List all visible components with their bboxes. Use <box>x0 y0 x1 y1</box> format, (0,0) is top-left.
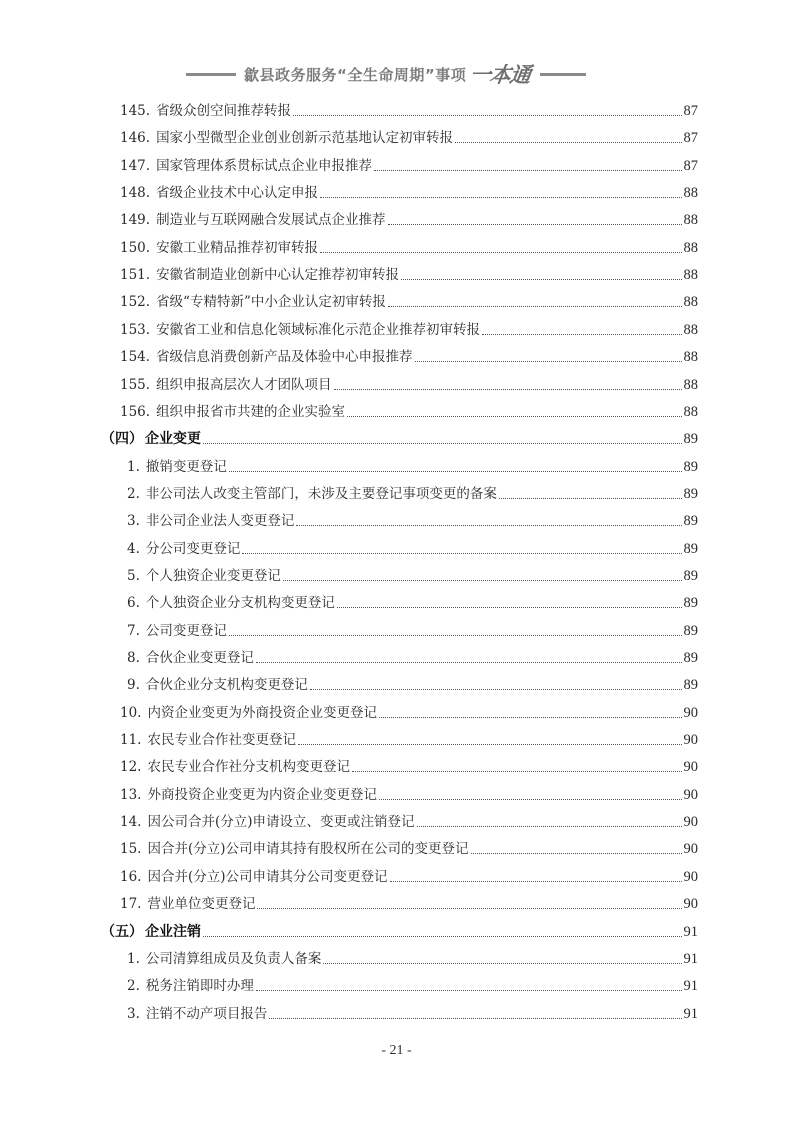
toc-entry[interactable]: 146.国家小型微型企业创业创新示范基地认定初审转报87 <box>120 126 698 150</box>
dot-leader <box>320 251 681 253</box>
toc-entry-number: 15. <box>120 841 141 857</box>
toc-entry-number: 153. <box>120 322 150 338</box>
toc-entry-number: 13. <box>120 787 141 803</box>
toc-page-number: 89 <box>684 646 699 670</box>
toc-page-number: 88 <box>684 318 699 342</box>
toc-entry[interactable]: 1.撤销变更登记89 <box>127 455 698 479</box>
toc-page-number: 88 <box>684 373 699 397</box>
toc-entry-title: 税务注销即时办理 <box>146 978 254 994</box>
toc-entry-label: 10.内资企业变更为外商投资企业变更登记 <box>120 701 377 725</box>
dot-leader <box>347 415 681 417</box>
toc-entry[interactable]: 14.因公司合并(分立)申请设立、变更或注销登记90 <box>120 810 698 834</box>
toc-page-number: 89 <box>684 427 699 451</box>
toc-entry[interactable]: 10.内资企业变更为外商投资企业变更登记90 <box>120 701 698 725</box>
toc-entry[interactable]: 3.注销不动产项目报告91 <box>127 1002 698 1026</box>
toc-entry-title: 外商投资企业变更为内资企业变更登记 <box>147 787 377 803</box>
running-header: 歙县政务服务“全生命周期”事项 一本通 <box>186 62 612 86</box>
toc-entry-title: 农民专业合作社分支机构变更登记 <box>147 759 350 775</box>
toc-entry[interactable]: 15.因合并(分立)公司申请其持有股权所在公司的变更登记90 <box>120 837 698 861</box>
toc-entry-title: 分公司变更登记 <box>146 541 241 557</box>
toc-entry-label: 11.农民专业合作社变更登记 <box>120 728 296 752</box>
toc-entry-number: 6. <box>127 595 140 611</box>
dot-leader <box>471 852 682 854</box>
toc-page-number: 91 <box>684 1002 699 1026</box>
dot-leader <box>337 606 682 608</box>
toc-entry-label: 6.个人独资企业分支机构变更登记 <box>127 591 335 615</box>
toc-page-number: 90 <box>684 728 699 752</box>
page-number: - 21 - <box>0 1043 793 1059</box>
toc-entry-number: 9. <box>127 677 140 693</box>
toc-entry-label: 14.因公司合并(分立)申请设立、变更或注销登记 <box>120 810 415 834</box>
toc-page-number: 91 <box>684 947 699 971</box>
toc-entry-title: 营业单位变更登记 <box>147 896 255 912</box>
dot-leader <box>320 196 681 198</box>
toc-entry-title: 国家小型微型企业创业创新示范基地认定初审转报 <box>156 130 453 146</box>
dot-leader <box>390 880 682 882</box>
dot-leader <box>374 169 681 171</box>
header-rule-right <box>540 73 586 76</box>
toc-entry-label: 2.税务注销即时办理 <box>127 974 254 998</box>
toc-entry[interactable]: 148.省级企业技术中心认定申报88 <box>120 181 698 205</box>
dot-leader <box>310 688 682 690</box>
dot-leader <box>415 360 682 362</box>
dot-leader <box>323 962 681 964</box>
toc-page-number: 88 <box>684 263 699 287</box>
toc-entry-label: 154.省级信息消费创新产品及体验中心申报推荐 <box>120 345 413 369</box>
dot-leader <box>298 743 682 745</box>
toc-entry-title: 公司变更登记 <box>146 623 227 639</box>
dot-leader <box>256 989 682 991</box>
toc-entry-title: 因公司合并(分立)申请设立、变更或注销登记 <box>147 814 414 830</box>
dot-leader <box>242 552 681 554</box>
toc-entry-number: 14. <box>120 814 141 830</box>
toc-entry-title: 个人独资企业分支机构变更登记 <box>146 595 335 611</box>
toc-entry-label: 2.非公司法人改变主管部门，未涉及主要登记事项变更的备案 <box>127 482 497 506</box>
toc-page-number: 90 <box>684 701 699 725</box>
dot-leader <box>269 1017 681 1019</box>
toc-entry-number: 2. <box>127 978 140 994</box>
toc-entry-number: 147. <box>120 158 150 174</box>
toc-entry[interactable]: 155.组织申报高层次人才团队项目88 <box>120 373 698 397</box>
toc-entry-title: 组织申报省市共建的企业实验室 <box>156 404 345 420</box>
dot-leader <box>257 907 681 909</box>
toc-entry[interactable]: 149.制造业与互联网融合发展试点企业推荐88 <box>120 208 698 232</box>
toc-entry-label: 13.外商投资企业变更为内资企业变更登记 <box>120 783 377 807</box>
toc-page-number: 89 <box>684 455 699 479</box>
toc-entry-label: 15.因合并(分立)公司申请其持有股权所在公司的变更登记 <box>120 837 469 861</box>
toc-entry-title: 合伙企业变更登记 <box>146 650 254 666</box>
toc-entry-label: 9.合伙企业分支机构变更登记 <box>127 673 308 697</box>
dot-leader <box>401 278 681 280</box>
toc-page-number: 90 <box>684 837 699 861</box>
dot-leader <box>379 798 682 800</box>
toc-page-number: 90 <box>684 810 699 834</box>
toc-entry-label: 156.组织申报省市共建的企业实验室 <box>120 400 345 424</box>
toc-entry-number: 152. <box>120 294 150 310</box>
toc-page-number: 90 <box>684 783 699 807</box>
toc-entry-label: 3.注销不动产项目报告 <box>127 1002 267 1026</box>
toc-entry-number: 155. <box>120 377 150 393</box>
dot-leader <box>499 497 682 499</box>
toc-page-number: 90 <box>684 892 699 916</box>
toc-entry-title: 非公司企业法人变更登记 <box>146 513 295 529</box>
toc-page-number: 88 <box>684 345 699 369</box>
toc-entry-number: 5. <box>127 568 140 584</box>
toc-page-number: 89 <box>684 482 699 506</box>
dot-leader <box>203 442 682 444</box>
dot-leader <box>229 634 682 636</box>
toc-page-number: 90 <box>684 865 699 889</box>
toc-entry[interactable]: 5.个人独资企业变更登记89 <box>127 564 698 588</box>
toc-entry-number: （四） <box>101 431 143 447</box>
toc-entry[interactable]: 11.农民专业合作社变更登记90 <box>120 728 698 752</box>
toc-entry-title: 个人独资企业变更登记 <box>146 568 281 584</box>
toc-entry-number: 156. <box>120 404 150 420</box>
toc-entry-number: 7. <box>127 623 140 639</box>
dot-leader <box>352 770 682 772</box>
toc-entry-label: 149.制造业与互联网融合发展试点企业推荐 <box>120 208 386 232</box>
toc-entry-title: 国家管理体系贯标试点企业申报推荐 <box>156 158 372 174</box>
toc-entry-number: 154. <box>120 349 150 365</box>
toc-page-number: 88 <box>684 400 699 424</box>
dot-leader <box>283 579 682 581</box>
toc-entry-label: 152.省级“专精特新”中小企业认定初审转报 <box>120 290 386 314</box>
toc-entry-title: 非公司法人改变主管部门，未涉及主要登记事项变更的备案 <box>146 486 497 502</box>
toc-entry[interactable]: 145.省级众创空间推荐转报87 <box>120 99 698 123</box>
dot-leader <box>296 524 681 526</box>
toc-entry-label: 1.撤销变更登记 <box>127 455 227 479</box>
toc-entry[interactable]: 17.营业单位变更登记90 <box>120 892 698 916</box>
toc-entry[interactable]: 154.省级信息消费创新产品及体验中心申报推荐88 <box>120 345 698 369</box>
toc-entry-label: 1.公司清算组成员及负责人备案 <box>127 947 321 971</box>
toc-entry[interactable]: 3.非公司企业法人变更登记89 <box>127 509 698 533</box>
toc-entry-title: 内资企业变更为外商投资企业变更登记 <box>147 705 377 721</box>
toc-page-number: 89 <box>684 591 699 615</box>
toc-entry-number: 4. <box>127 541 140 557</box>
toc-entry[interactable]: 2.非公司法人改变主管部门，未涉及主要登记事项变更的备案89 <box>127 482 698 506</box>
toc-entry-number: 1. <box>127 459 140 475</box>
toc-entry-number: 16. <box>120 869 141 885</box>
toc-entry-label: 155.组织申报高层次人才团队项目 <box>120 373 332 397</box>
toc-entry-title: 企业变更 <box>145 431 201 447</box>
toc-entry-title: 农民专业合作社变更登记 <box>147 732 296 748</box>
toc-entry-number: 10. <box>120 705 141 721</box>
dot-leader <box>417 825 682 827</box>
toc-page-number: 88 <box>684 290 699 314</box>
toc-entry-number: 148. <box>120 185 150 201</box>
toc-page-number: 90 <box>684 755 699 779</box>
dot-leader <box>256 661 682 663</box>
toc-entry-number: 3. <box>127 1006 140 1022</box>
toc-entry-title: 企业注销 <box>145 924 201 940</box>
toc-entry-number: 150. <box>120 240 150 256</box>
toc-entry-title: 省级“专精特新”中小企业认定初审转报 <box>156 294 386 310</box>
toc-entry[interactable]: 156.组织申报省市共建的企业实验室88 <box>120 400 698 424</box>
toc-entry-label: 8.合伙企业变更登记 <box>127 646 254 670</box>
dot-leader <box>388 305 682 307</box>
toc-entry-label: 17.营业单位变更登记 <box>120 892 255 916</box>
toc-entry-number: 149. <box>120 212 150 228</box>
toc-page-number: 87 <box>684 99 699 123</box>
toc-entry[interactable]: 2.税务注销即时办理91 <box>127 974 698 998</box>
dot-leader <box>293 114 681 116</box>
header-title: 歙县政务服务“全生命周期”事项 <box>244 64 466 85</box>
toc-entry-number: 8. <box>127 650 140 666</box>
toc-entry-title: 合伙企业分支机构变更登记 <box>146 677 308 693</box>
toc-entry-title: 安徽省工业和信息化领域标准化示范企业推荐初审转报 <box>156 322 480 338</box>
toc-page-number: 87 <box>684 126 699 150</box>
toc-entry-title: 省级信息消费创新产品及体验中心申报推荐 <box>156 349 413 365</box>
toc-entry-title: 省级企业技术中心认定申报 <box>156 185 318 201</box>
toc-entry-number: （五） <box>101 924 143 940</box>
toc-entry-title: 安徽工业精品推荐初审转报 <box>156 240 318 256</box>
toc-entry[interactable]: 4.分公司变更登记89 <box>127 537 698 561</box>
toc-entry-number: 151. <box>120 267 150 283</box>
toc-entry-title: 因合并(分立)公司申请其持有股权所在公司的变更登记 <box>147 841 468 857</box>
toc-entry-label: 153.安徽省工业和信息化领域标准化示范企业推荐初审转报 <box>120 318 480 342</box>
toc-page-number: 89 <box>684 509 699 533</box>
toc-entry[interactable]: 9.合伙企业分支机构变更登记89 <box>127 673 698 697</box>
toc-entry[interactable]: 153.安徽省工业和信息化领域标准化示范企业推荐初审转报88 <box>120 318 698 342</box>
toc-page-number: 88 <box>684 208 699 232</box>
toc-entry-number: 146. <box>120 130 150 146</box>
toc-entry-title: 组织申报高层次人才团队项目 <box>156 377 332 393</box>
dot-leader <box>334 388 682 390</box>
toc-entry-label: （五）企业注销 <box>101 920 201 944</box>
toc-entry[interactable]: 150.安徽工业精品推荐初审转报88 <box>120 236 698 260</box>
toc-page-number: 88 <box>684 236 699 260</box>
dot-leader <box>203 935 682 937</box>
header-rule-left <box>186 73 236 76</box>
toc-section-heading[interactable]: （四）企业变更89 <box>101 427 698 451</box>
toc-entry-label: 16.因合并(分立)公司申请其分公司变更登记 <box>120 865 388 889</box>
toc-entry-label: 148.省级企业技术中心认定申报 <box>120 181 318 205</box>
toc-entry-label: 5.个人独资企业变更登记 <box>127 564 281 588</box>
toc-page-number: 89 <box>684 673 699 697</box>
toc-page-number: 89 <box>684 564 699 588</box>
toc-entry-number: 12. <box>120 759 141 775</box>
toc-page-number: 87 <box>684 154 699 178</box>
toc-entry-number: 2. <box>127 486 140 502</box>
toc-entry-title: 安徽省制造业创新中心认定推荐初审转报 <box>156 267 399 283</box>
toc-entry-label: 146.国家小型微型企业创业创新示范基地认定初审转报 <box>120 126 453 150</box>
toc-entry[interactable]: 151.安徽省制造业创新中心认定推荐初审转报88 <box>120 263 698 287</box>
toc-entry-title: 因合并(分立)公司申请其分公司变更登记 <box>147 869 387 885</box>
dot-leader <box>379 716 682 718</box>
toc-entry[interactable]: 16.因合并(分立)公司申请其分公司变更登记90 <box>120 865 698 889</box>
toc-entry-label: 3.非公司企业法人变更登记 <box>127 509 294 533</box>
toc-entry-number: 145. <box>120 103 150 119</box>
dot-leader <box>455 141 681 143</box>
toc-entry[interactable]: 1.公司清算组成员及负责人备案91 <box>127 947 698 971</box>
toc-entry-label: 12.农民专业合作社分支机构变更登记 <box>120 755 350 779</box>
header-brand-logo: 一本通 <box>468 59 532 89</box>
toc-entry[interactable]: 12.农民专业合作社分支机构变更登记90 <box>120 755 698 779</box>
toc-entry-title: 撤销变更登记 <box>146 459 227 475</box>
toc-entry-label: （四）企业变更 <box>101 427 201 451</box>
toc-entry-label: 147.国家管理体系贯标试点企业申报推荐 <box>120 154 372 178</box>
toc-entry-title: 注销不动产项目报告 <box>146 1006 268 1022</box>
toc-entry-number: 3. <box>127 513 140 529</box>
dot-leader <box>482 333 681 335</box>
toc-entry-label: 4.分公司变更登记 <box>127 537 240 561</box>
toc-entry-title: 制造业与互联网融合发展试点企业推荐 <box>156 212 386 228</box>
toc-entry[interactable]: 8.合伙企业变更登记89 <box>127 646 698 670</box>
toc-entry-label: 145.省级众创空间推荐转报 <box>120 99 291 123</box>
dot-leader <box>388 223 682 225</box>
toc-entry[interactable]: 6.个人独资企业分支机构变更登记89 <box>127 591 698 615</box>
toc-entry[interactable]: 147.国家管理体系贯标试点企业申报推荐87 <box>120 154 698 178</box>
toc-entry[interactable]: 152.省级“专精特新”中小企业认定初审转报88 <box>120 290 698 314</box>
toc-page-number: 89 <box>684 619 699 643</box>
toc-entry[interactable]: 7.公司变更登记89 <box>127 619 698 643</box>
toc-page-number: 89 <box>684 537 699 561</box>
toc-entry-number: 11. <box>120 732 141 748</box>
toc-section-heading[interactable]: （五）企业注销91 <box>101 920 698 944</box>
dot-leader <box>229 470 682 472</box>
toc-page-number: 88 <box>684 181 699 205</box>
toc-entry-label: 7.公司变更登记 <box>127 619 227 643</box>
toc-entry[interactable]: 13.外商投资企业变更为内资企业变更登记90 <box>120 783 698 807</box>
toc-entry-number: 17. <box>120 896 141 912</box>
toc-page-number: 91 <box>684 920 699 944</box>
toc-entry-title: 公司清算组成员及负责人备案 <box>146 951 322 967</box>
toc-page-number: 91 <box>684 974 699 998</box>
toc-entry-number: 1. <box>127 951 140 967</box>
toc-entry-title: 省级众创空间推荐转报 <box>156 103 291 119</box>
toc-entry-label: 151.安徽省制造业创新中心认定推荐初审转报 <box>120 263 399 287</box>
toc-entry-label: 150.安徽工业精品推荐初审转报 <box>120 236 318 260</box>
